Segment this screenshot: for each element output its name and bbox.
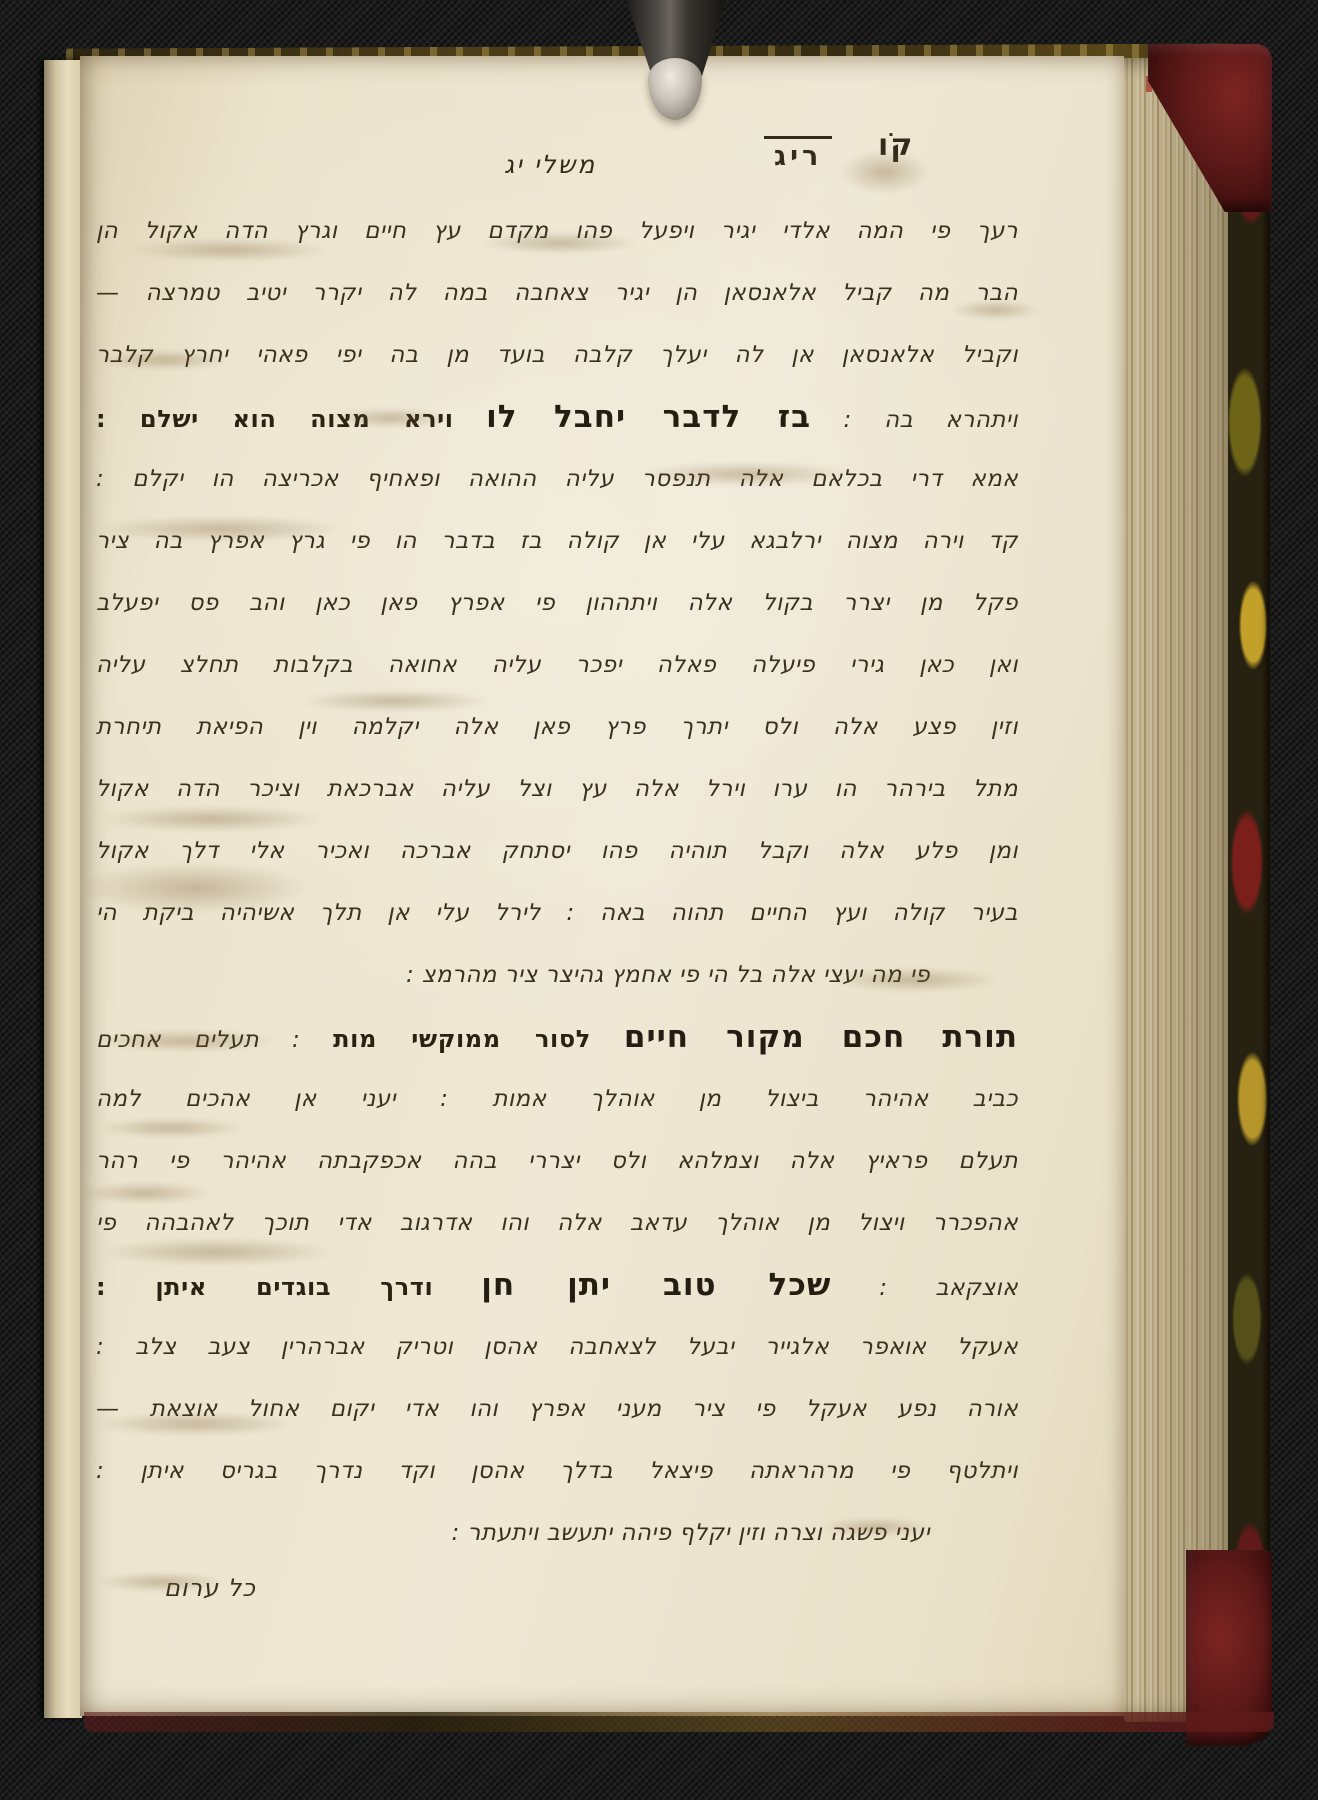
text-segment: ויתלטף פי מרהראתה פיצאל בדלך אהסן וקד נד… (96, 1458, 1018, 1484)
ink-offset-smudge (100, 350, 230, 370)
ink-offset-smudge (96, 1412, 296, 1436)
ink-offset-smudge (96, 516, 346, 542)
ink-offset-smudge (950, 300, 1040, 320)
verse-lemma: ודרך בוגדים איתן : (96, 1273, 433, 1301)
running-title: משלי יג (504, 150, 596, 179)
text-line: אעקל אואפר אלגייר יבעל לצאחבה אהסן וטריק… (96, 1316, 1018, 1378)
text-line: ואן כאן גירי פיעלה פאלה יפכר עליה אחואה … (96, 634, 1018, 696)
text-segment: ויתהרא בה (884, 407, 1018, 433)
facing-page-edge (44, 60, 82, 1718)
text-segment: וזין פצע אלה ולס יתרך פרץ פאן אלה יקלמה … (96, 714, 1018, 740)
text-segment: אהפכרר ויצול מן אוהלך עדאב אלה והו אדרגו… (96, 1210, 1018, 1236)
text-segment: אעקל אואפר אלגייר יבעל לצאחבה אהסן וטריק… (96, 1334, 1018, 1360)
ink-offset-smudge (840, 150, 930, 194)
text-line: וקביל אלאנסאן אן לה יעלך קלבה בועד מן בה… (96, 324, 1018, 386)
ink-offset-smudge (820, 1518, 930, 1536)
text-line: הבר מה קביל אלאנסאן הן יגיר צאחבה במה לה… (96, 262, 1018, 324)
ink-offset-smudge (640, 462, 850, 486)
text-segment: מתל בירהר הו ערו וירל אלה עץ וצל עליה אב… (96, 776, 1018, 802)
ink-offset-smudge (830, 968, 1000, 992)
marbled-board-edge (1228, 50, 1270, 1742)
text-segment: אוצקאב (935, 1275, 1018, 1301)
text-segment: הבר מה קביל אלאנסאן הן יגיר צאחבה במה לה… (96, 280, 1018, 306)
ink-offset-smudge (96, 1118, 246, 1138)
verse-lemma: בז לדבר יחבל לו (486, 399, 811, 435)
text-segment: תעלם פראיץ אלה וצמלהא ולס יצררי בהה אכפק… (96, 1148, 1018, 1174)
text-segment: ואן כאן גירי פיעלה פאלה יפכר עליה אחואה … (96, 652, 1018, 678)
ink-offset-smudge (80, 862, 310, 914)
text-line: תעלם פראיץ אלה וצמלהא ולס יצררי בהה אכפק… (96, 1130, 1018, 1192)
page-fore-edges (1124, 58, 1230, 1722)
manuscript-photo: קֹו ריג משלי יג רעך פי המה אלדי יגיר ויפ… (0, 0, 1318, 1800)
ink-offset-smudge (96, 1238, 336, 1266)
folio-number: ריג (764, 136, 832, 172)
ink-offset-smudge (330, 408, 450, 428)
verse-lemma: שכל טוב יתן חן (481, 1267, 831, 1303)
text-segment: פקל מן יצרר בקול אלה ויתההון פי אפרץ פאן… (96, 590, 1018, 616)
text-segment: : (292, 1027, 300, 1053)
board-bottom-edge (84, 1712, 1274, 1732)
text-line: אמא דרי בכלאם אלה תנפסר עליה ההואה ופאחי… (96, 448, 1018, 510)
ink-offset-smudge (80, 1182, 210, 1204)
text-segment: כביב אהיהר ביצול מן אוהלך אמות : יעני אן… (96, 1086, 1018, 1112)
text-line: ויתהרא בה : בז לדבר יחבל לו וירא מצוה הו… (96, 386, 1018, 448)
ink-offset-smudge (300, 690, 490, 712)
manuscript-page: קֹו ריג משלי יג רעך פי המה אלדי יגיר ויפ… (80, 56, 1124, 1716)
ink-offset-smudge (96, 806, 326, 832)
text-segment: ומן פלע אלה וקבל תוהיה פהו יסתחק אברכה ו… (96, 838, 1018, 864)
text-line: וזין פצע אלה ולס יתרך פרץ פאן אלה יקלמה … (96, 696, 1018, 758)
text-line: ויתלטף פי מרהראתה פיצאל בדלך אהסן וקד נד… (96, 1440, 1018, 1502)
ink-offset-smudge (96, 1572, 226, 1592)
ink-offset-smudge (96, 1030, 276, 1052)
text-segment: : (879, 1275, 887, 1301)
ink-offset-smudge (130, 238, 330, 262)
text-segment: אמא דרי בכלאם אלה תנפסר עליה ההואה ופאחי… (96, 466, 1018, 492)
text-segment: וקביל אלאנסאן אן לה יעלך קלבה בועד מן בה… (96, 342, 1018, 368)
text-line: כביב אהיהר ביצול מן אוהלך אמות : יעני אן… (96, 1068, 1018, 1130)
verse-lemma: לסור ממוקשי מות (333, 1025, 591, 1053)
ink-offset-smudge (480, 232, 640, 254)
verse-lemma: תורת חכם מקור חיים (624, 1019, 1018, 1055)
text-segment: : (844, 407, 852, 433)
text-line: פקל מן יצרר בקול אלה ויתההון פי אפרץ פאן… (96, 572, 1018, 634)
